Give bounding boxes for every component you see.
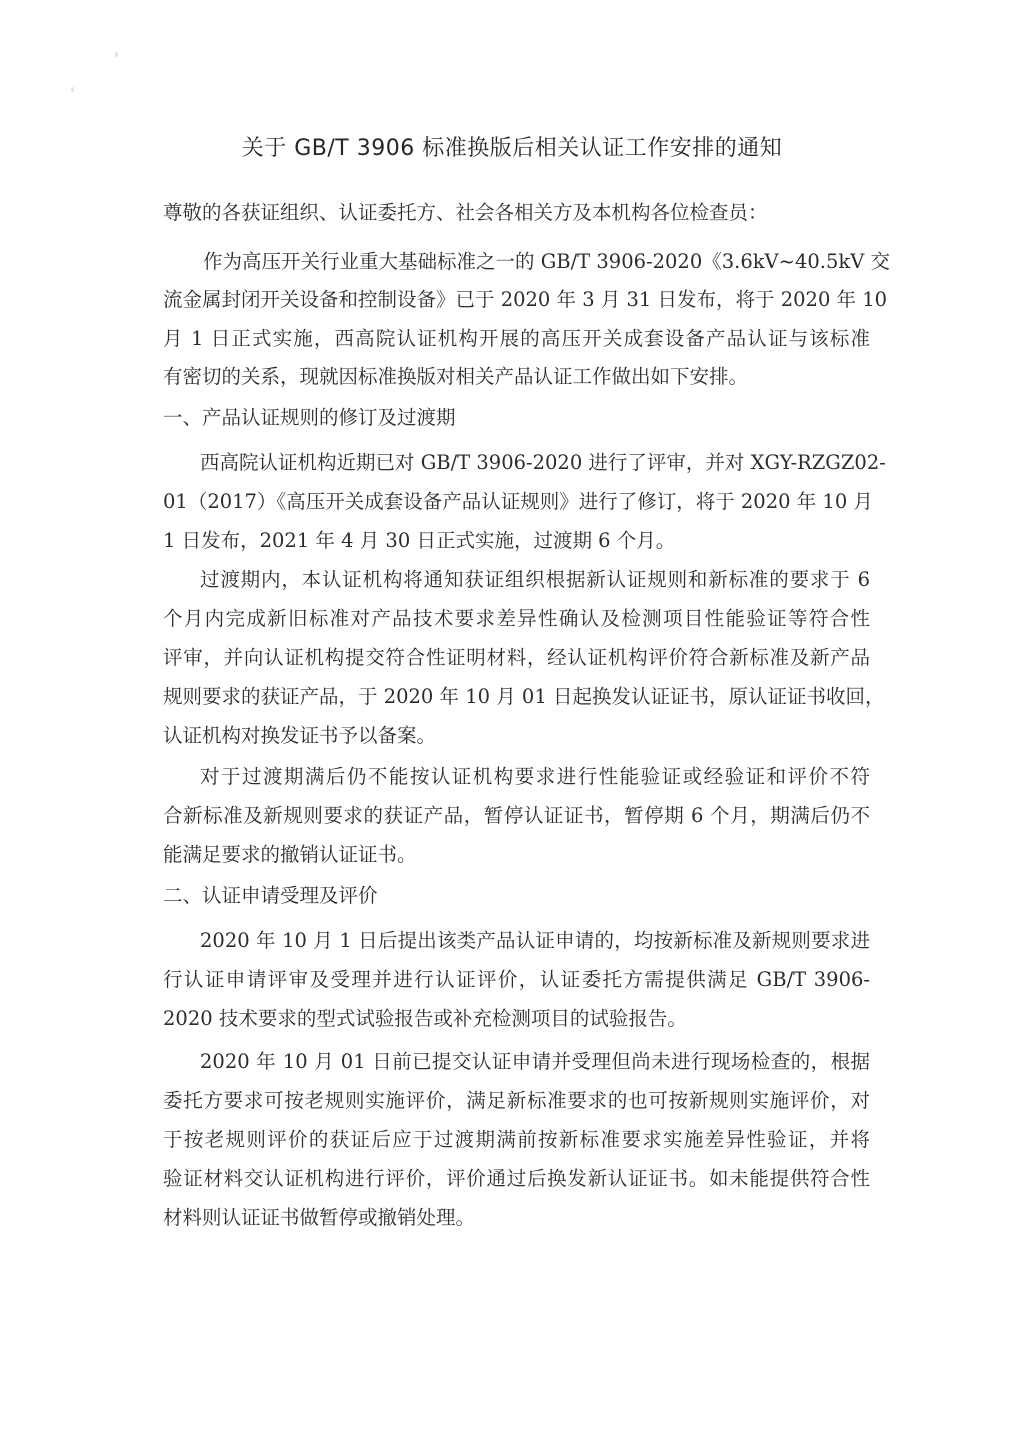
s1-p3-line-1: 对于过渡期满后仍不能按认证机构要求进行性能验证或经验证和评价不符 bbox=[200, 764, 870, 790]
s2-p2-line-1: 2020 年 10 月 01 日前已提交认证申请并受理但尚未进行现场检查的，根据 bbox=[200, 1049, 870, 1075]
scan-speck bbox=[71, 87, 74, 92]
intro-line-2: 流金属封闭开关设备和控制设备》已于 2020 年 3 月 31 日发布，将于 2… bbox=[163, 287, 870, 313]
s2-p2-line-2: 委托方要求可按老规则实施评价，满足新标准要求的也可按新规则实施评价，对 bbox=[163, 1088, 870, 1114]
s2-p2-line-5: 材料则认证证书做暂停或撤销处理。 bbox=[163, 1205, 870, 1231]
section-1-heading: 一、产品认证规则的修订及过渡期 bbox=[163, 405, 456, 431]
intro-line-4: 有密切的关系，现就因标准换版对相关产品认证工作做出如下安排。 bbox=[163, 364, 870, 390]
s1-p3-line-3: 能满足要求的撤销认证证书。 bbox=[163, 842, 870, 868]
s2-p1-line-3: 2020 技术要求的型式试验报告或补充检测项目的试验报告。 bbox=[163, 1006, 870, 1032]
s1-p1-line-1: 西高院认证机构近期已对 GB/T 3906-2020 进行了评审，并对 XGY-… bbox=[200, 450, 870, 476]
s1-p2-line-3: 评审，并向认证机构提交符合性证明材料，经认证机构评价符合新标准及新产品 bbox=[163, 645, 870, 671]
document-page: 关于 GB/T 3906 标准换版后相关认证工作安排的通知 尊敬的各获证组织、认… bbox=[0, 0, 1024, 1448]
s1-p2-line-1: 过渡期内，本认证机构将通知获证组织根据新认证规则和新标准的要求于 6 bbox=[200, 567, 870, 593]
intro-line-1: 作为高压开关行业重大基础标准之一的 GB/T 3906-2020《3.6kV~4… bbox=[203, 249, 870, 275]
salutation: 尊敬的各获证组织、认证委托方、社会各相关方及本机构各位检查员： bbox=[163, 200, 870, 226]
s1-p2-line-5: 认证机构对换发证书予以备案。 bbox=[163, 723, 870, 749]
s1-p3-line-2: 合新标准及新规则要求的获证产品，暂停认证证书，暂停期 6 个月，期满后仍不 bbox=[163, 803, 870, 829]
s1-p1-line-3: 1 日发布，2021 年 4 月 30 日正式实施，过渡期 6 个月。 bbox=[163, 528, 870, 554]
document-title: 关于 GB/T 3906 标准换版后相关认证工作安排的通知 bbox=[0, 131, 1024, 162]
s2-p2-line-3: 于按老规则评价的获证后应于过渡期满前按新标准要求实施差异性验证，并将 bbox=[163, 1127, 870, 1153]
section-2-heading: 二、认证申请受理及评价 bbox=[163, 883, 378, 909]
s2-p2-line-4: 验证材料交认证机构进行评价，评价通过后换发新认证证书。如未能提供符合性 bbox=[163, 1166, 870, 1192]
scan-speck bbox=[115, 52, 118, 57]
s1-p1-line-2: 01（2017）《高压开关成套设备产品认证规则》进行了修订，将于 2020 年 … bbox=[163, 489, 870, 515]
intro-line-3: 月 1 日正式实施，西高院认证机构开展的高压开关成套设备产品认证与该标准 bbox=[163, 326, 870, 352]
s1-p2-line-4: 规则要求的获证产品，于 2020 年 10 月 01 日起换发认证证书，原认证证… bbox=[163, 684, 870, 710]
s2-p1-line-1: 2020 年 10 月 1 日后提出该类产品认证申请的，均按新标准及新规则要求进 bbox=[200, 928, 870, 954]
s1-p2-line-2: 个月内完成新旧标准对产品技术要求差异性确认及检测项目性能验证等符合性 bbox=[163, 606, 870, 632]
s2-p1-line-2: 行认证申请评审及受理并进行认证评价，认证委托方需提供满足 GB/T 3906- bbox=[163, 967, 870, 993]
